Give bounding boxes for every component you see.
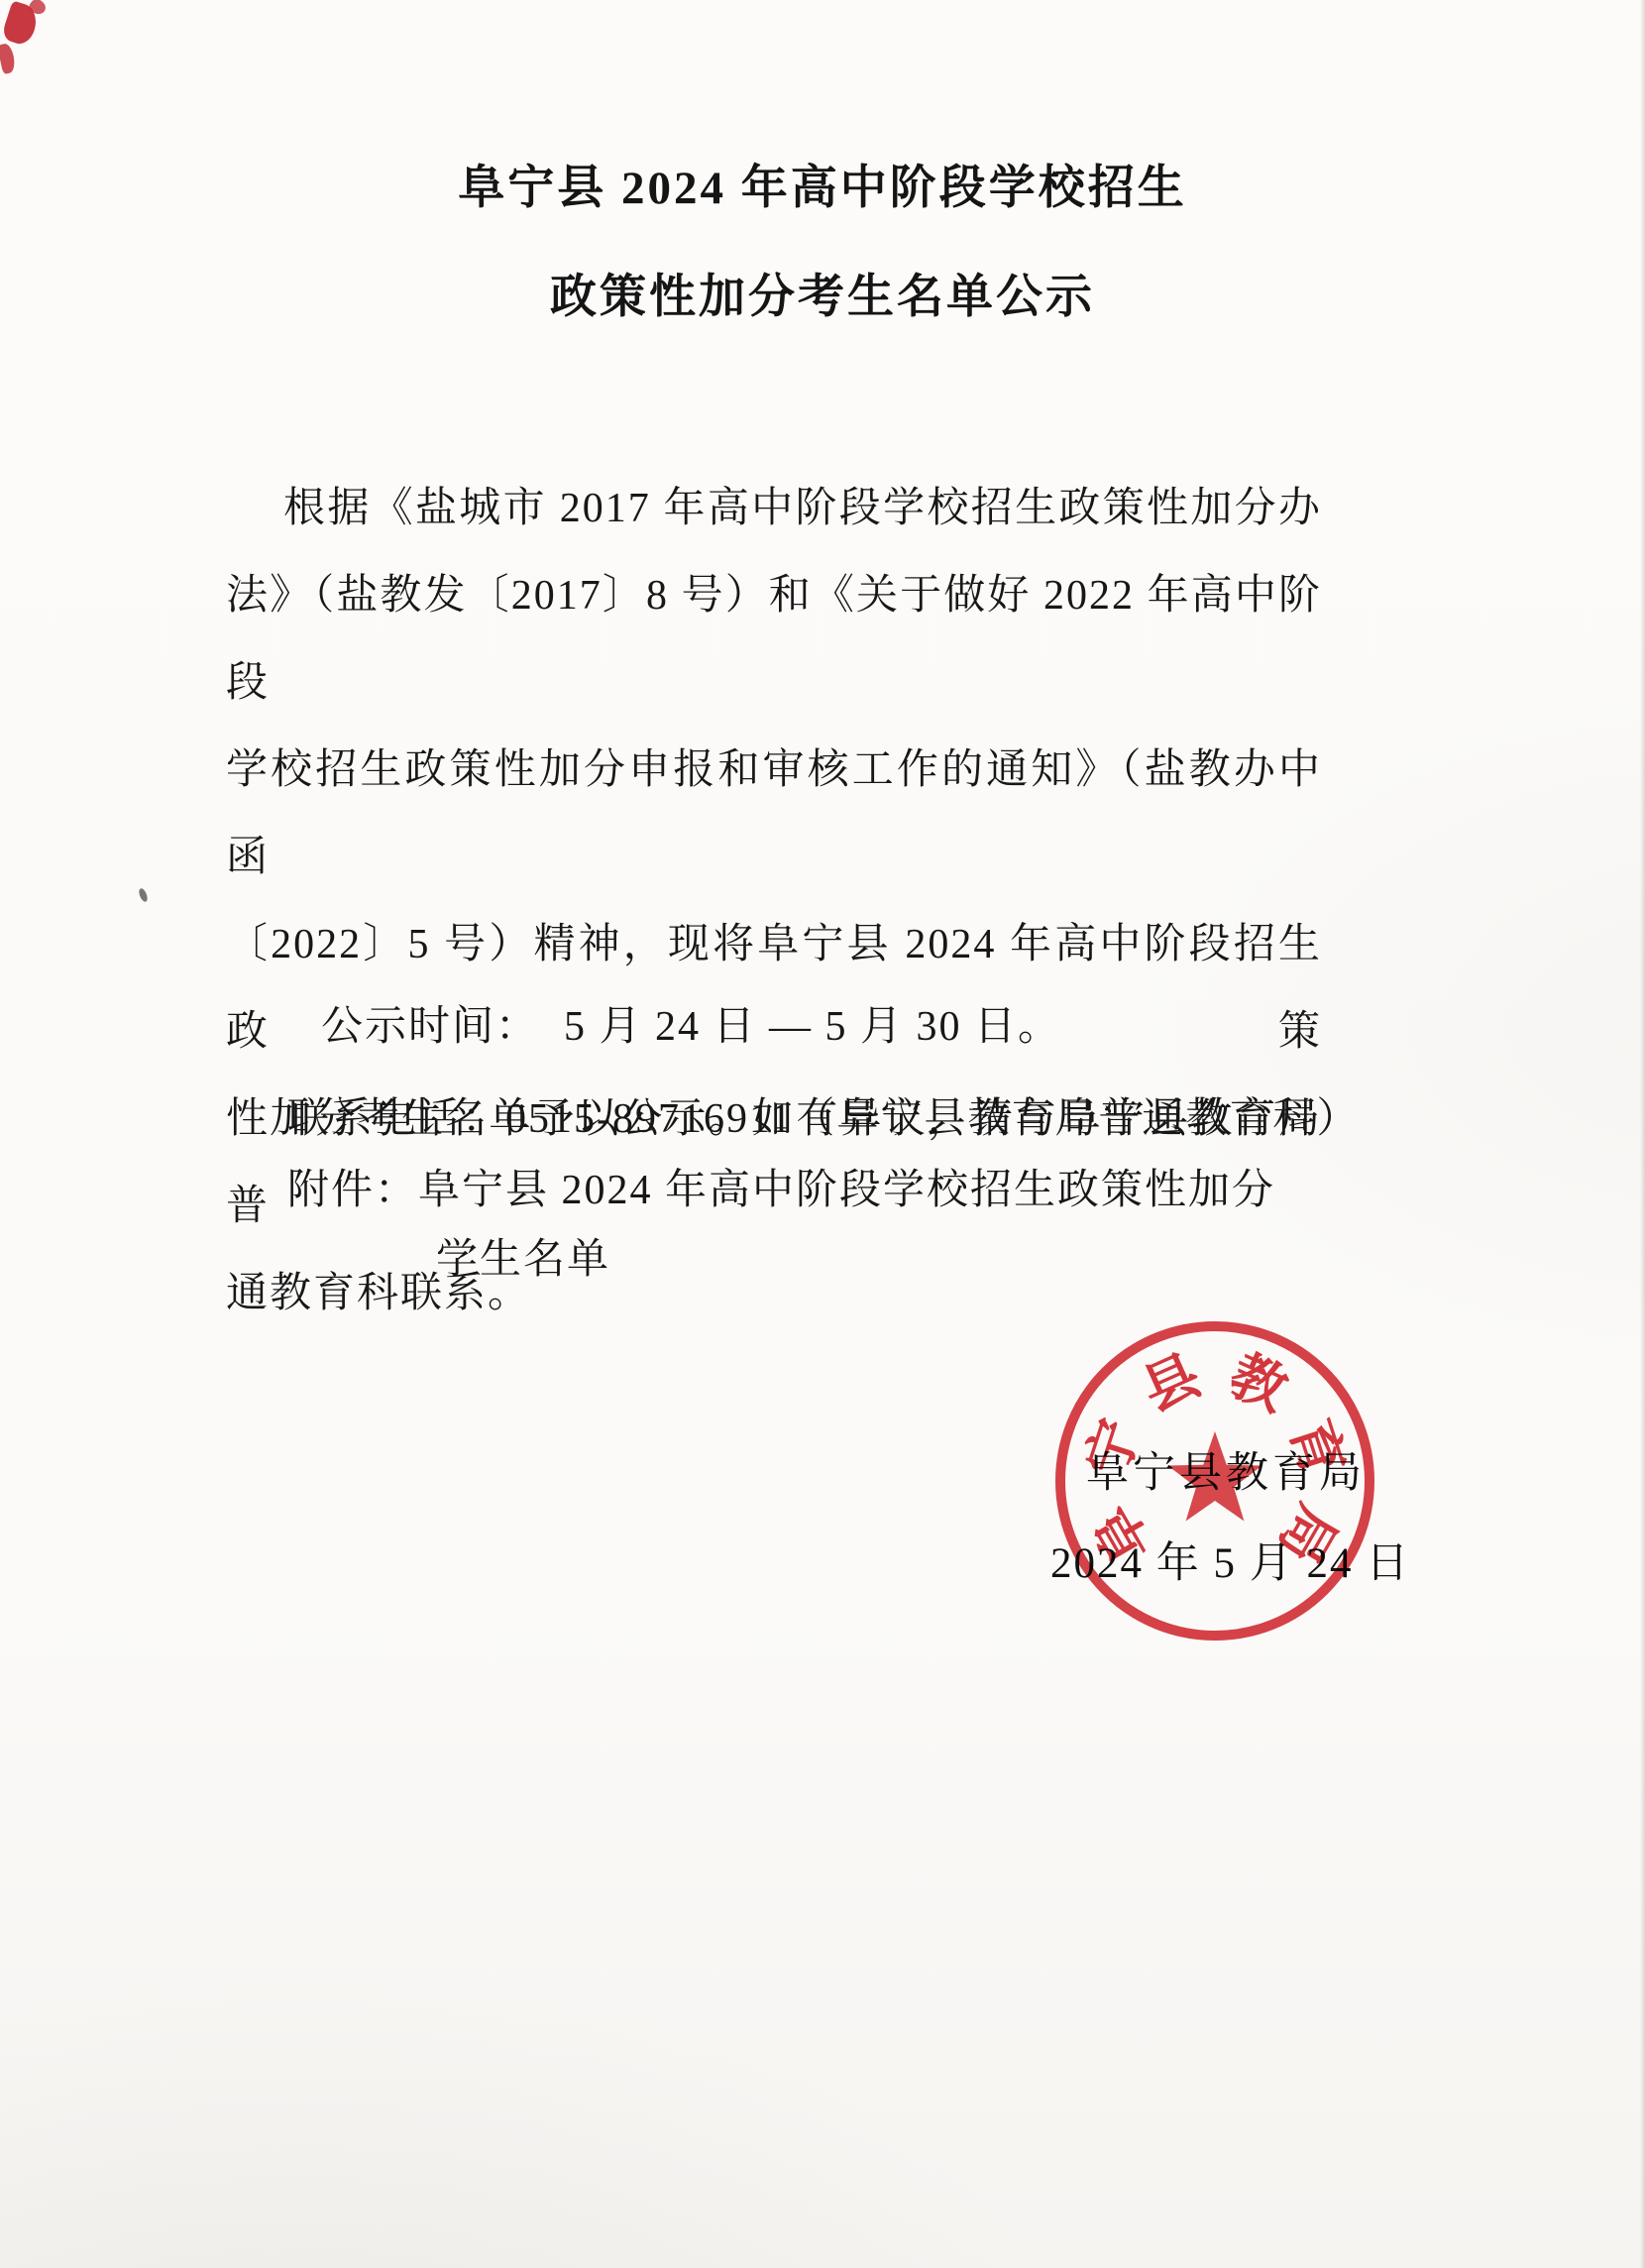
attachment-line2: 学生名单 <box>226 1216 1532 1304</box>
seal-char: 宁 <box>1076 1413 1151 1484</box>
paragraph-line: 根据《盐城市 2017 年高中阶段学校招生政策性加分办 <box>226 465 1322 552</box>
paragraph-line: 法》（盐教发〔2017〕8 号）和《关于做好 2022 年高中阶段 <box>226 552 1322 727</box>
scan-edge-shadow <box>1640 0 1645 2268</box>
official-red-seal: 阜 宁 县 教 育 局 <box>1047 1313 1382 1648</box>
paragraph-line: 学校招生政策性加分申报和审核工作的通知》（盐教办中函 <box>226 727 1322 901</box>
seal-char: 县 <box>1134 1345 1209 1423</box>
document-title-line2: 政策性加分考生名单公示 <box>0 268 1645 327</box>
document-title-line1: 阜宁县 2024 年高中阶段学校招生 <box>0 159 1645 218</box>
seal-char: 局 <box>1266 1495 1348 1573</box>
stray-pen-mark <box>137 887 150 903</box>
publicity-time-line: 公示时间： 5 月 24 日 — 5 月 30 日。 <box>226 983 1417 1071</box>
seal-char: 教 <box>1220 1345 1296 1424</box>
red-corner-artifact <box>0 43 17 74</box>
seal-star-icon <box>1167 1431 1261 1522</box>
seal-char: 育 <box>1278 1413 1354 1484</box>
announcement-page: 阜宁县 2024 年高中阶段学校招生 政策性加分考生名单公示 根据《盐城市 20… <box>0 0 1645 2268</box>
seal-graphic: 阜 宁 县 教 育 局 <box>1047 1313 1382 1648</box>
seal-char: 阜 <box>1082 1495 1163 1573</box>
